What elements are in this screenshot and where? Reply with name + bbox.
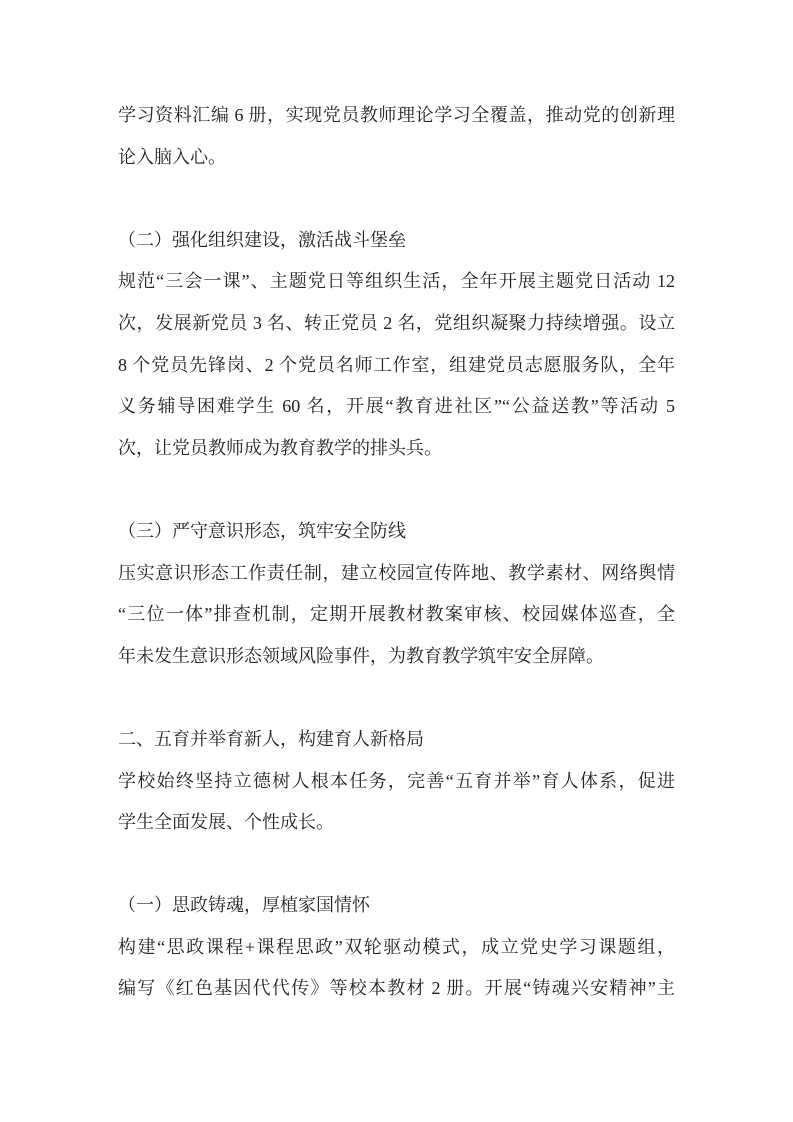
text-line: 规范“三会一课”、主题党日等组织生活，全年开展主题党日活动 12 bbox=[118, 261, 675, 303]
text-line: 学习资料汇编 6 册，实现党员教师理论学习全覆盖，推动党的创新理 bbox=[118, 95, 675, 137]
section-heading: （一）思政铸魂，厚植家国情怀 bbox=[118, 885, 675, 927]
text-line: 8 个党员先锋岗、2 个党员名师工作室，组建党员志愿服务队，全年 bbox=[118, 345, 675, 387]
text-line: 次，让党员教师成为教育教学的排头兵。 bbox=[118, 428, 675, 470]
text-line: 学生全面发展、个性成长。 bbox=[118, 802, 675, 844]
text-line: 次，发展新党员 3 名、转正党员 2 名，党组织凝聚力持续增强。设立 bbox=[118, 303, 675, 345]
text-line: 学校始终坚持立德树人根本任务，完善“五育并举”育人体系，促进 bbox=[118, 761, 675, 803]
text-line: 编写《红色基因代代传》等校本教材 2 册。开展“铸魂兴安精神”主 bbox=[118, 968, 675, 1010]
section-five-educations: 二、五育并举育新人，构建育人新格局 学校始终坚持立德树人根本任务，完善“五育并举… bbox=[118, 719, 675, 844]
document-body: 学习资料汇编 6 册，实现党员教师理论学习全覆盖，推动党的创新理 论入脑入心。 … bbox=[118, 95, 675, 1010]
text-line: “三位一体”排查机制，定期开展教材教案审核、校园媒体巡查，全 bbox=[118, 594, 675, 636]
section-organization-building: （二）强化组织建设，激活战斗堡垒 规范“三会一课”、主题党日等组织生活，全年开展… bbox=[118, 220, 675, 470]
paragraph-continuation: 学习资料汇编 6 册，实现党员教师理论学习全覆盖，推动党的创新理 论入脑入心。 bbox=[118, 95, 675, 178]
section-heading: 二、五育并举育新人，构建育人新格局 bbox=[118, 719, 675, 761]
section-ideological-politics: （一）思政铸魂，厚植家国情怀 构建“思政课程+课程思政”双轮驱动模式，成立党史学… bbox=[118, 885, 675, 1010]
text-line: 年未发生意识形态领域风险事件，为教育教学筑牢安全屏障。 bbox=[118, 636, 675, 678]
text-line: 构建“思政课程+课程思政”双轮驱动模式，成立党史学习课题组， bbox=[118, 927, 675, 969]
section-heading: （二）强化组织建设，激活战斗堡垒 bbox=[118, 220, 675, 262]
text-line: 论入脑入心。 bbox=[118, 137, 675, 179]
section-heading: （三）严守意识形态，筑牢安全防线 bbox=[118, 511, 675, 553]
text-line: 压实意识形态工作责任制，建立校园宣传阵地、教学素材、网络舆情 bbox=[118, 553, 675, 595]
text-line: 义务辅导困难学生 60 名，开展“教育进社区”“公益送教”等活动 5 bbox=[118, 386, 675, 428]
document-page: 学习资料汇编 6 册，实现党员教师理论学习全覆盖，推动党的创新理 论入脑入心。 … bbox=[0, 0, 793, 1122]
section-ideology-security: （三）严守意识形态，筑牢安全防线 压实意识形态工作责任制，建立校园宣传阵地、教学… bbox=[118, 511, 675, 677]
